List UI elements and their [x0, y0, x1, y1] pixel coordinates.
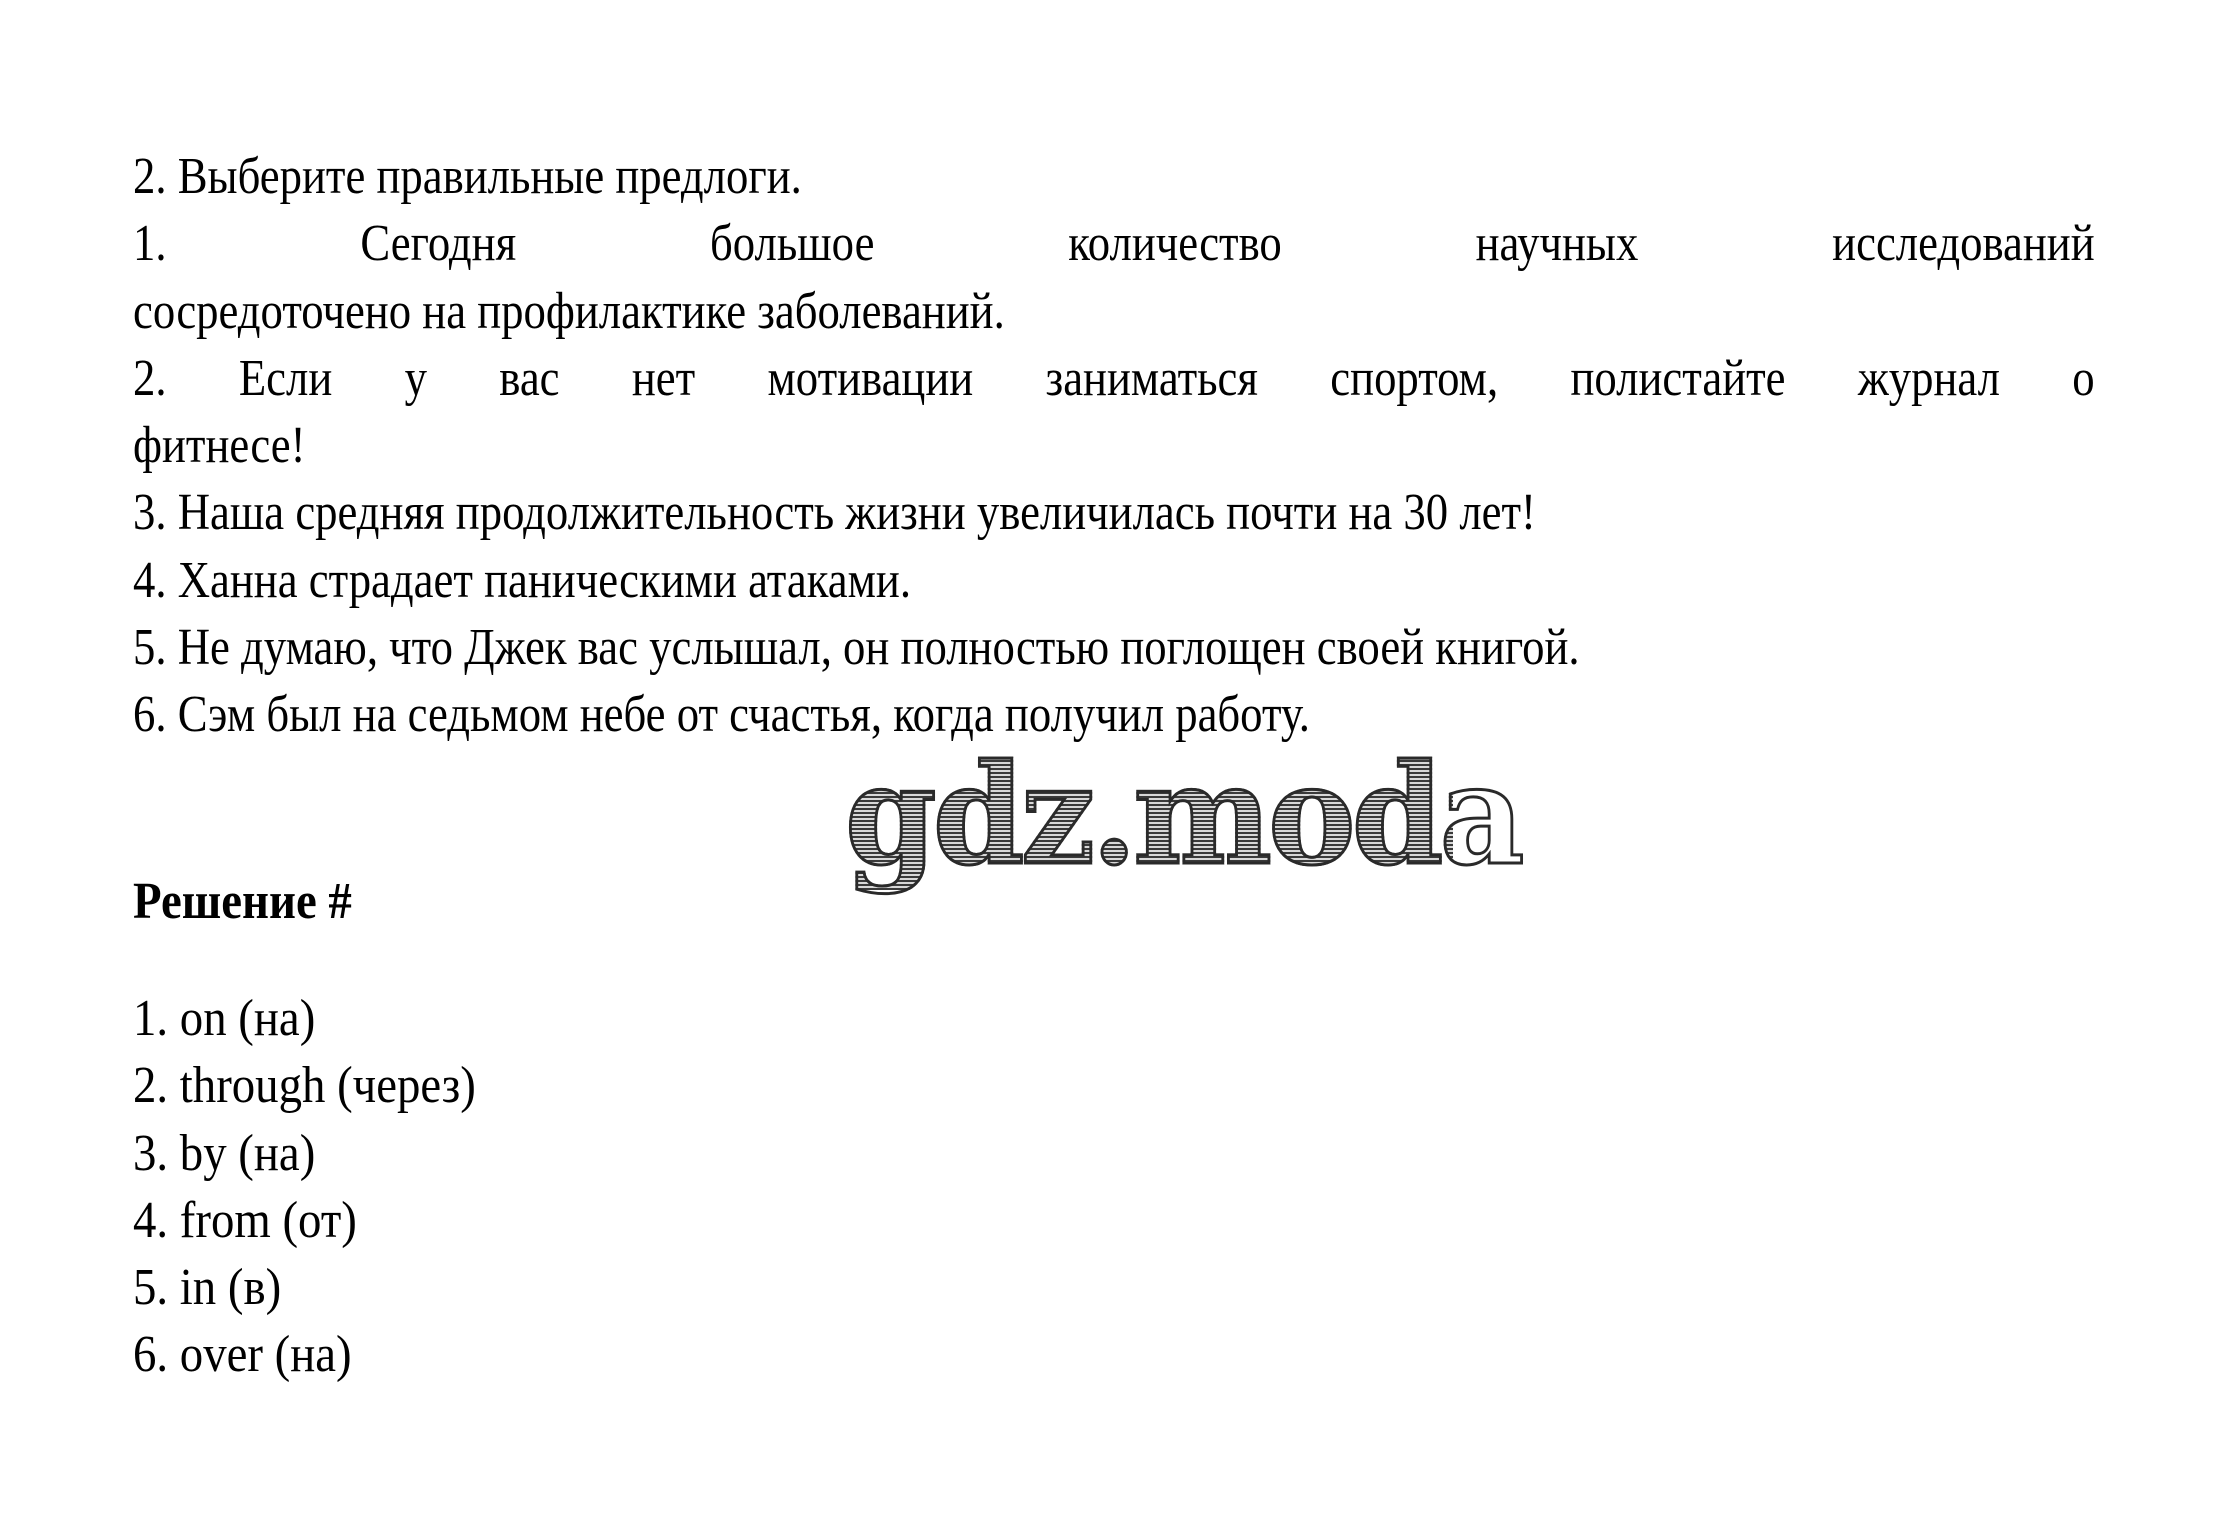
exercise-task: 2. Выберите правильные предлоги. 1. Сего…: [133, 143, 2095, 749]
sentence-2-line-2: фитнесе!: [133, 412, 2095, 479]
answer-item: 2. through (через): [133, 1052, 476, 1119]
answer-item: 3. by (на): [133, 1120, 476, 1187]
sentence-1-line-1: 1. Сегодня большое количество научных ис…: [133, 210, 2095, 277]
answer-item: 5. in (в): [133, 1254, 476, 1321]
solution-heading: Решение #: [133, 868, 352, 935]
answer-list: 1. on (на) 2. through (через) 3. by (на)…: [133, 985, 476, 1389]
document-page: 2. Выберите правильные предлоги. 1. Сего…: [0, 0, 2223, 1524]
sentence-1-line-2: сосредоточено на профилактике заболевани…: [133, 278, 2095, 345]
sentence-4: 4. Ханна страдает паническими атаками.: [133, 547, 2095, 614]
watermark-logo: gdz.moda: [845, 740, 1453, 890]
answer-item: 4. from (от): [133, 1187, 476, 1254]
answer-item: 1. on (на): [133, 985, 476, 1052]
answer-item: 6. over (на): [133, 1321, 476, 1388]
sentence-3: 3. Наша средняя продолжительность жизни …: [133, 479, 2095, 546]
sentence-2-line-1: 2. Если у вас нет мотивации заниматься с…: [133, 345, 2095, 412]
exercise-title: 2. Выберите правильные предлоги.: [133, 143, 2095, 210]
sentence-5: 5. Не думаю, что Джек вас услышал, он по…: [133, 614, 2095, 681]
